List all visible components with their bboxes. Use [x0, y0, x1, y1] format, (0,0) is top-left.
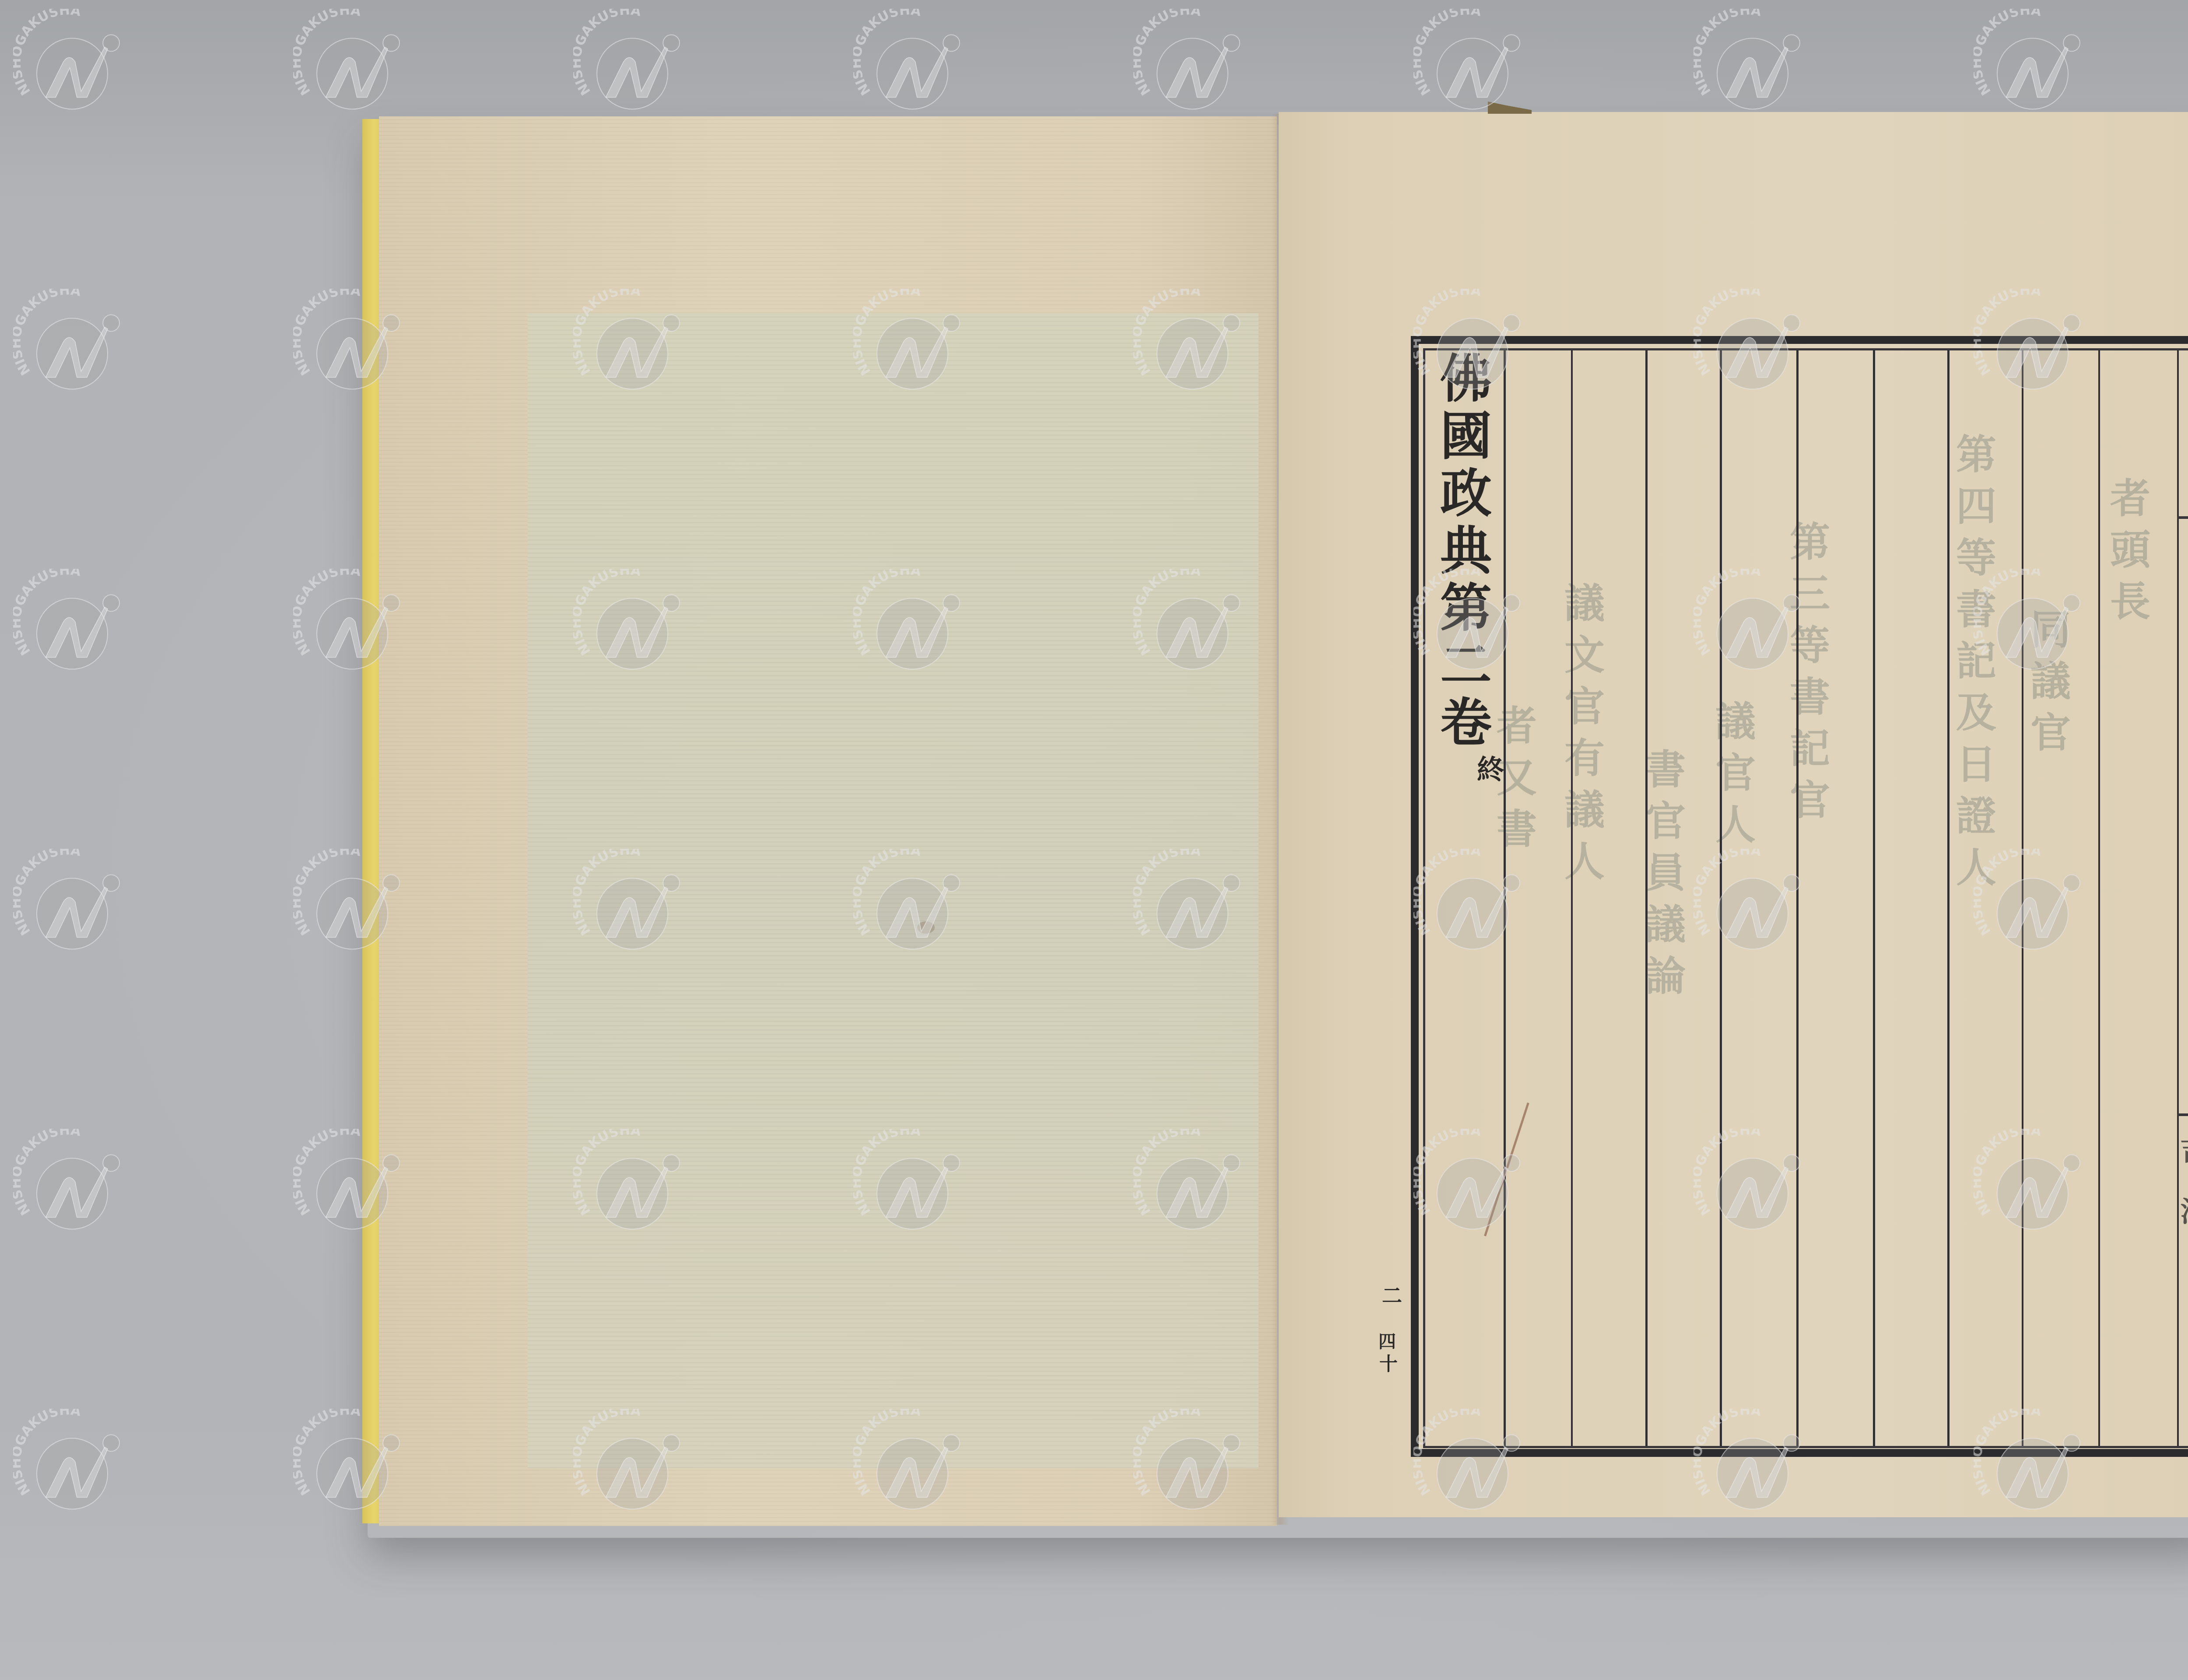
title-char: 國 [1440, 407, 1492, 465]
title-char: 卷 [1440, 694, 1492, 751]
column-rule [1947, 350, 1950, 1446]
column-rule [1571, 350, 1573, 1446]
page-mark-upper: 二 [1382, 1280, 1402, 1309]
title-char: 政 [1440, 465, 1492, 522]
column-rule [2177, 350, 2179, 1446]
fold-box-line [2177, 516, 2188, 519]
column-rule [1873, 350, 1875, 1446]
edge-text-column: 吉 治 [2180, 1120, 2188, 1242]
column-rule [2022, 350, 2023, 1446]
paper-stain [917, 921, 935, 934]
title-char: 二 [1440, 637, 1492, 694]
column-rule [1504, 350, 1506, 1446]
edge-char: 治 [2180, 1181, 2188, 1242]
printed-inner-frame [1423, 348, 2188, 1448]
page-mark-lower: 四 [1378, 1328, 1396, 1353]
title-char: 典 [1440, 522, 1492, 579]
column-rule [2098, 350, 2100, 1446]
title-char: 佛 [1440, 350, 1492, 407]
end-mark: 終 [1477, 748, 1504, 787]
left-page [379, 116, 1277, 1526]
page-mark-lower: 十 [1379, 1350, 1398, 1376]
column-rule [1796, 350, 1799, 1446]
volume-title-column: 佛 國 政 典 第 二 卷 [1435, 350, 1497, 751]
fold-box-line [2177, 1113, 2188, 1116]
column-rule [1720, 350, 1722, 1446]
column-rule [1645, 350, 1648, 1446]
title-char: 第 [1440, 579, 1492, 637]
left-page-inner-panel [528, 313, 1259, 1468]
edge-char: 吉 [2180, 1120, 2188, 1181]
